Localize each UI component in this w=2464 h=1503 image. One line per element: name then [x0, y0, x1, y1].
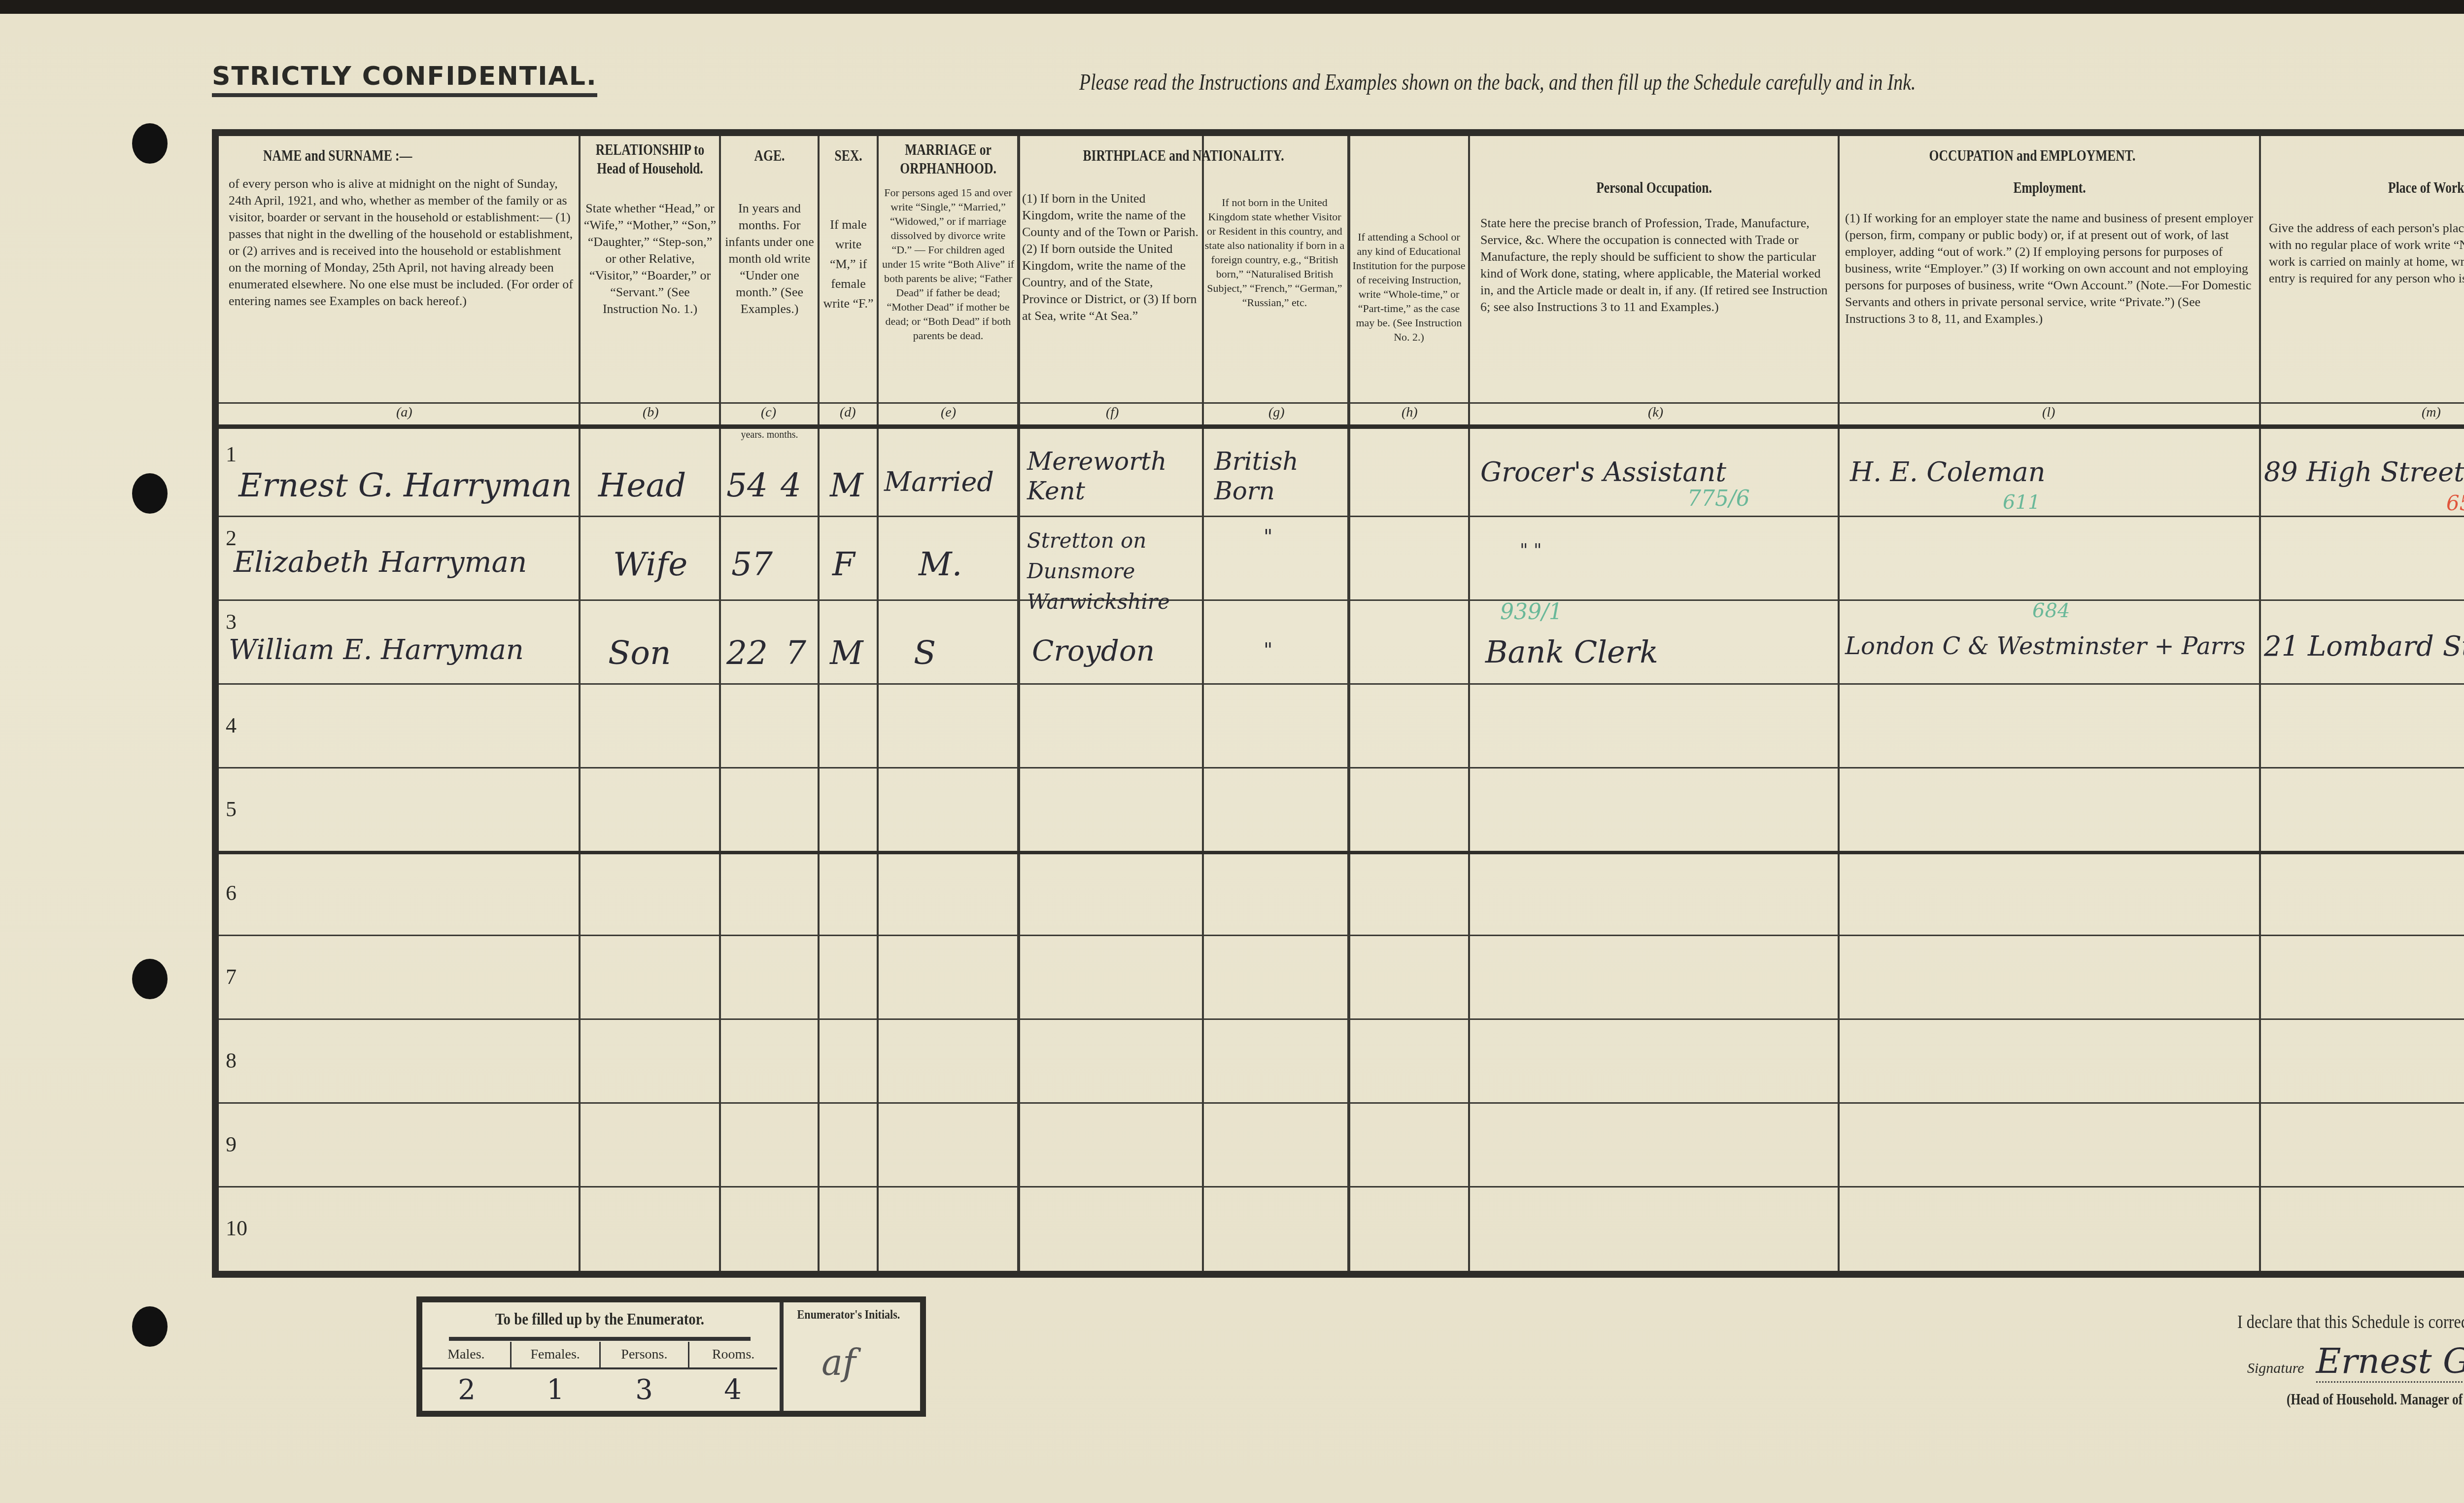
col-divider [1017, 136, 1020, 1271]
rooms-count: 4 [688, 1374, 777, 1406]
occupation-heading: OCCUPATION and EMPLOYMENT. [1583, 146, 2464, 165]
birthplace: Stretton on Dunsmore Warwickshire [1027, 525, 1199, 617]
age-years: 54 [726, 466, 768, 504]
col-divider [2259, 136, 2261, 1271]
sex: M [830, 634, 863, 672]
row-number: 10 [226, 1216, 247, 1241]
header-separator [219, 402, 2464, 404]
row-separator [219, 683, 2464, 685]
col-d-instructions: If male write “M,” if female write “F.” [822, 215, 874, 314]
row-separator [219, 516, 2464, 517]
age-years: 57 [731, 545, 773, 583]
employer: H. E. Coleman [1850, 456, 2045, 488]
age-subheading: years. months. [721, 429, 818, 440]
col-letter-d: (d) [840, 405, 856, 420]
employer: London C & Westminster + Parrs [1845, 629, 2249, 664]
col-d-heading: SEX. [826, 146, 871, 165]
males-header: Males. [422, 1342, 512, 1369]
col-a-instructions: of every person who is alive at midnight… [229, 175, 574, 310]
row-number: 9 [226, 1132, 237, 1157]
birthplace: Croydon [1032, 634, 1155, 667]
nationality: " [1264, 639, 1272, 662]
enumerator-box-heading: To be filled up by the Enumerator. [449, 1302, 751, 1341]
age-months: 4 [781, 466, 801, 504]
row-group-separator [219, 851, 2464, 854]
scan-top-edge [0, 0, 2464, 14]
col-l-heading: Employment. [1882, 178, 2217, 197]
household-schedule-table: NAME and SURNAME :— of every person who … [212, 129, 2464, 1278]
col-divider [719, 136, 721, 1271]
punch-hole [132, 959, 168, 999]
persons-header: Persons. [601, 1342, 690, 1369]
relationship: Son [608, 634, 671, 672]
males-count: 2 [422, 1374, 511, 1406]
fill-instructions: Please read the Instructions and Example… [1079, 69, 1916, 95]
col-l-instructions: (1) If working for an employer state the… [1845, 210, 2254, 327]
row-number: 8 [226, 1048, 237, 1073]
birthplace: Mereworth Kent [1027, 447, 1195, 506]
col-m-heading: Place of Work. [2295, 178, 2464, 197]
punch-hole [132, 123, 168, 164]
col-letter-l: (l) [2042, 405, 2055, 420]
col-letter-f: (f) [1106, 405, 1119, 420]
col-letter-b: (b) [643, 405, 659, 420]
age-years: 22 [726, 634, 768, 672]
workplace-code: 6500 / 04 [2446, 491, 2464, 515]
workplace: 21 Lombard St London [2264, 629, 2464, 664]
enumerator-initials: af [821, 1342, 856, 1383]
marital-status: Married [884, 466, 994, 497]
col-divider [1468, 136, 1470, 1271]
col-divider [818, 136, 820, 1271]
row-separator [219, 1102, 2464, 1104]
person-name: Elizabeth Harryman [234, 545, 527, 579]
punch-hole [132, 473, 168, 514]
row-number: 7 [226, 964, 237, 989]
row-number: 4 [226, 713, 237, 738]
col-g-instructions: If not born in the United Kingdom state … [1204, 195, 1345, 310]
col-k-instructions: State here the precise branch of Profess… [1480, 215, 1833, 315]
punch-hole [132, 1306, 168, 1347]
person-name: William E. Harryman [229, 634, 524, 666]
age-months: 7 [786, 634, 806, 672]
col-letter-c: (c) [761, 405, 776, 420]
marital-status: M. [919, 545, 962, 583]
col-divider [1838, 136, 1840, 1271]
enumerator-values: 2 1 3 4 [422, 1374, 777, 1406]
employer-code: 611 [2003, 491, 2040, 514]
row-number: 6 [226, 880, 237, 906]
col-m-instructions: Give the address of each person's place … [2269, 220, 2464, 287]
signature-label: Signature [2247, 1360, 2304, 1376]
row-separator [219, 935, 2464, 936]
signature: Ernest G. Harryman [2316, 1341, 2464, 1383]
persons-count: 3 [600, 1374, 688, 1406]
col-b-heading: RELATIONSHIP to Head of Household. [595, 140, 705, 177]
header-bottom-rule [219, 424, 2464, 429]
row-separator [219, 1018, 2464, 1020]
rooms-header: Rooms. [689, 1342, 777, 1369]
col-c-heading: AGE. [731, 146, 808, 165]
col-c-instructions: In years and months. For infants under o… [724, 200, 815, 317]
col-k-heading: Personal Occupation. [1507, 178, 1801, 197]
col-letter-m: (m) [2422, 405, 2441, 420]
females-count: 1 [511, 1374, 600, 1406]
col-letter-e: (e) [941, 405, 956, 420]
row-separator [219, 1186, 2464, 1188]
signature-caption: (Head of Household. Manager of Establish… [2287, 1390, 2464, 1408]
col-letter-g: (g) [1268, 405, 1285, 420]
enumerator-totals: Males. Females. Persons. Rooms. [422, 1342, 777, 1369]
page-title: STRICTLY CONFIDENTIAL. [212, 62, 597, 97]
enumerator-initials-label: Enumerator's Initials. [794, 1307, 903, 1322]
relationship: Wife [613, 545, 687, 583]
col-divider [1202, 136, 1204, 1271]
employer-code: 684 [2032, 599, 2070, 622]
row-number: 1 [226, 442, 237, 467]
row-number: 5 [226, 797, 237, 822]
birthplace-heading: BIRTHPLACE and NATIONALITY. [1053, 146, 1315, 165]
row-separator [219, 599, 2464, 601]
col-e-heading: MARRIAGE or ORPHANHOOD. [893, 140, 1003, 177]
nationality: " [1264, 525, 1272, 548]
col-h-instructions: If attending a School or any kind of Edu… [1350, 230, 1468, 344]
signature-line: Signature Ernest G. Harryman [2247, 1341, 2464, 1381]
col-letter-a: (a) [396, 405, 412, 420]
sex: F [832, 545, 855, 583]
row-number: 3 [226, 609, 237, 634]
occupation-code: 939/1 [1500, 599, 1563, 625]
declaration-text: I declare that this Schedule is correctl… [2237, 1311, 2464, 1333]
occupation: Grocer's Assistant [1480, 456, 1726, 488]
row-separator [219, 767, 2464, 769]
workplace: 89 High Street [2264, 456, 2464, 488]
females-header: Females. [512, 1342, 601, 1369]
occupation: Bank Clerk [1485, 634, 1658, 670]
person-name: Ernest G. Harryman [239, 466, 572, 504]
marital-status: S [914, 634, 936, 672]
col-f-instructions: (1) If born in the United Kingdom, write… [1022, 190, 1199, 324]
col-e-instructions: For persons aged 15 and over write “Sing… [882, 185, 1015, 343]
col-letter-h: (h) [1402, 405, 1418, 420]
col-divider [579, 136, 581, 1271]
occupation: " " [1520, 540, 1542, 560]
col-a-heading: NAME and SURNAME :— [263, 146, 539, 165]
sex: M [830, 466, 863, 504]
col-b-instructions: State whether “Head,” or “Wife,” “Mother… [583, 200, 717, 317]
col-letter-k: (k) [1648, 405, 1663, 420]
col-divider [877, 136, 879, 1271]
relationship: Head [598, 466, 686, 504]
nationality: British Born [1214, 447, 1337, 506]
enumerator-totals-box: To be filled up by the Enumerator. Enume… [416, 1296, 926, 1417]
occupation-code: 775/6 [1687, 486, 1750, 511]
